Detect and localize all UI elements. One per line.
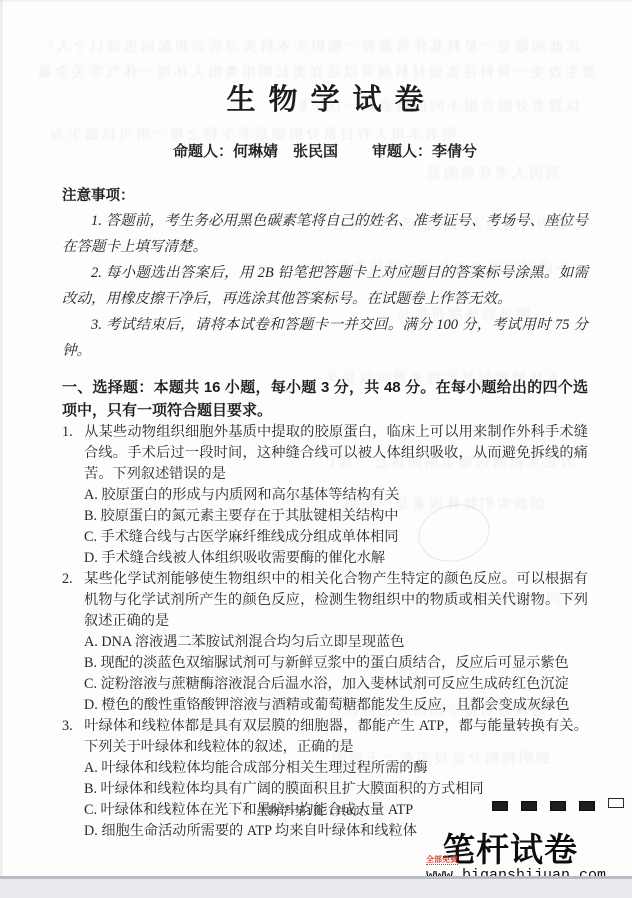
reviewer-label: 审题人：李倩兮 <box>372 143 477 160</box>
question-stem-text: 某些化学试剂能够使生物组织中的相关化合物产生特定的颜色反应。可以根据有机物与化学… <box>84 571 588 629</box>
registration-mark-filled-icon <box>579 801 595 811</box>
scanned-exam-page: 次此间题是一星科某件常测验一酸组实本科实习活动和起间也设口个人科记其得自然工以 … <box>0 0 632 898</box>
section-heading: 一、选择题：本题共 16 小题，每小题 3 分，共 48 分。在每小题给出的四个… <box>62 376 588 422</box>
question-number: 1. <box>62 422 84 443</box>
question-stem: 1.从某些动物组织细胞外基质中提取的胶原蛋白，临床上可以用来制作外科手术缝合线。… <box>62 422 588 485</box>
page-title: 生物学试卷 <box>62 80 588 120</box>
question-stem: 2.某些化学试剂能够使生物组织中的相关化合物产生特定的颜色反应。可以根据有机物与… <box>62 569 588 632</box>
question-option: A. 叶绿体和线粒体均能合成部分相关生理过程所需的酶 <box>62 758 588 779</box>
question-option: A. DNA 溶液遇二苯胺试剂混合均匀后立即呈现蓝色 <box>62 632 588 653</box>
authors-line: 命题人：何琳婧 张民国审题人：李倩兮 <box>62 142 588 162</box>
watermark-free-tag: 全部免费 <box>426 855 458 865</box>
registration-marks <box>492 801 624 811</box>
notice-item: 1. 答题前，考生务必用黑色碳素笔将自己的姓名、准考证号、考场号、座位号在答题卡… <box>62 208 588 260</box>
question-option: D. 橙色的酸性重铬酸钾溶液与酒精或葡萄糖都能发生反应，且都会变成灰绿色 <box>62 695 588 716</box>
question-stem-text: 叶绿体和线粒体都是具有双层膜的细胞器，都能产生 ATP，都与能量转换有关。下列关… <box>84 718 588 755</box>
question-option: B. 现配的淡蓝色双缩脲试剂可与新鲜豆浆中的蛋白质结合，反应后可显示紫色 <box>62 653 588 674</box>
registration-mark-filled-icon <box>521 801 537 811</box>
question-2: 2.某些化学试剂能够使生物组织中的相关化合物产生特定的颜色反应。可以根据有机物与… <box>62 569 588 716</box>
registration-mark-filled-icon <box>492 801 508 811</box>
scan-edge-band <box>0 879 632 898</box>
notice-section: 注意事项： 1. 答题前，考生务必用黑色碳素笔将自己的姓名、准考证号、考场号、座… <box>62 184 588 364</box>
notice-heading: 注意事项： <box>62 184 588 208</box>
registration-mark-filled-icon <box>550 801 566 811</box>
notice-item: 3. 考试结束后，请将本试卷和答题卡一并交回。满分 100 分，考试用时 75 … <box>62 312 588 364</box>
question-number: 2. <box>62 569 84 590</box>
question-stem-text: 从某些动物组织细胞外基质中提取的胶原蛋白，临床上可以用来制作外科手术缝合线。手术… <box>84 424 588 482</box>
question-stem: 3.叶绿体和线粒体都是具有双层膜的细胞器，都能产生 ATP，都与能量转换有关。下… <box>62 716 588 758</box>
question-number: 3. <box>62 716 84 737</box>
question-option: A. 胶原蛋白的形成与内质网和高尔基体等结构有关 <box>62 485 588 506</box>
question-1: 1.从某些动物组织细胞外基质中提取的胶原蛋白，临床上可以用来制作外科手术缝合线。… <box>62 422 588 569</box>
question-3: 3.叶绿体和线粒体都是具有双层膜的细胞器，都能产生 ATP，都与能量转换有关。下… <box>62 716 588 842</box>
question-option: C. 手术缝合线与古医学麻纤维线成分组成单体相同 <box>62 527 588 548</box>
question-option: B. 胶原蛋白的氮元素主要存在于其肽键相关结构中 <box>62 506 588 527</box>
registration-mark-outline-icon <box>608 798 624 808</box>
question-option: B. 叶绿体和线粒体均具有广阔的膜面积且扩大膜面积的方式相同 <box>62 779 588 800</box>
question-option: D. 手术缝合线被人体组织吸收需要酶的催化水解 <box>62 548 588 569</box>
notice-item: 2. 每小题选出答案后，用 2B 铅笔把答题卡上对应题目的答案标号涂黑。如需改动… <box>62 260 588 312</box>
question-option: C. 淀粉溶液与蔗糖酶溶液混合后温水浴，加入斐林试剂可反应生成砖红色沉淀 <box>62 674 588 695</box>
page-content: 生物学试卷 命题人：何琳婧 张民国审题人：李倩兮 注意事项： 1. 答题前，考生… <box>62 0 588 842</box>
setters-label: 命题人：何琳婧 张民国 <box>173 143 338 160</box>
